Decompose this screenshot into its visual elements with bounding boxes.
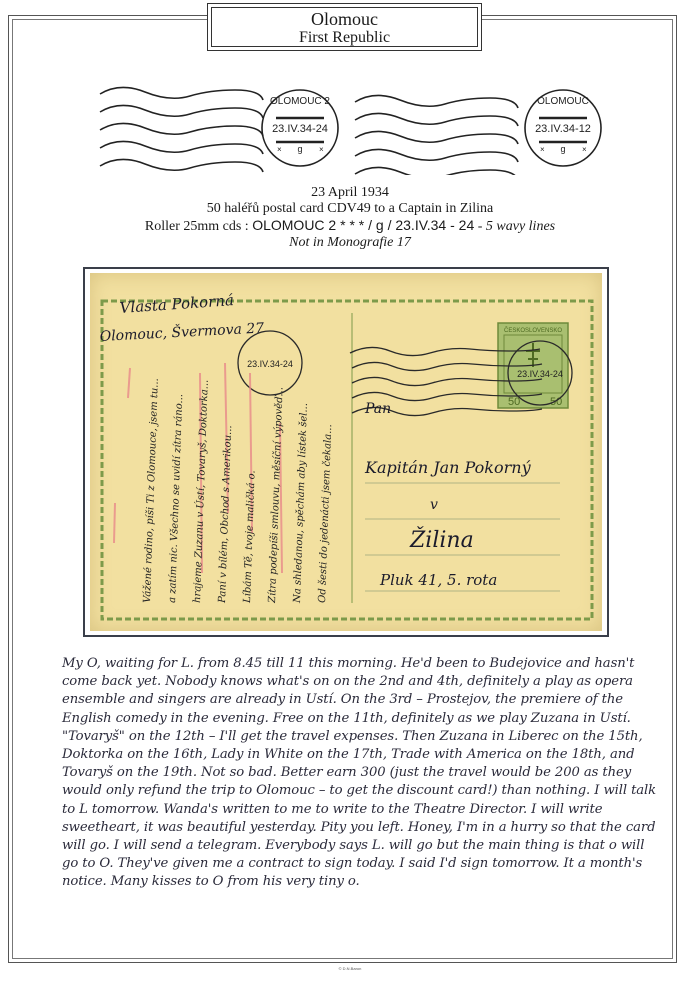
caption-date: 23 April 1934 (0, 185, 700, 201)
svg-text:a zatím nic. Všechno se uvidí: a zatím nic. Všechno se uvidí zítra ráno… (167, 394, 185, 603)
svg-text:OLOMOUC: OLOMOUC (537, 96, 589, 107)
svg-text:Paní v bílém, Obchod s Ameriko: Paní v bílém, Obchod s Amerikou... (217, 425, 234, 604)
roller-cancel: OLOMOUC 2 * * * / g / 23.IV.34 - 24 (252, 217, 474, 233)
svg-text:×: × (277, 145, 282, 154)
svg-text:×: × (582, 145, 587, 154)
svg-text:v: v (430, 497, 438, 513)
copyright: © D.N.Baron (0, 966, 700, 971)
roller-prefix: Roller 25mm cds : (145, 219, 252, 234)
page-title: Olomouc (208, 9, 481, 29)
page-subtitle: First Republic (208, 29, 481, 47)
svg-text:Kapitán Jan Pokorný: Kapitán Jan Pokorný (364, 458, 532, 477)
wavy-lines-left (100, 87, 263, 172)
svg-text:23.IV.34-12: 23.IV.34-12 (535, 123, 591, 135)
title-box: Olomouc First Republic (207, 3, 482, 51)
postal-card: ČESKOSLOVENSKO 50 50 23.IV.34-24 23.IV.3… (90, 273, 602, 631)
svg-text:Olomouc, Švermova 27: Olomouc, Švermova 27 (99, 318, 264, 345)
wavy-lines-right (355, 95, 518, 175)
caption-roller: Roller 25mm cds : OLOMOUC 2 * * * / g / … (0, 217, 700, 235)
card-mount: ČESKOSLOVENSKO 50 50 23.IV.34-24 23.IV.3… (83, 267, 609, 637)
svg-text:OLOMOUC 2: OLOMOUC 2 (270, 96, 330, 107)
svg-text:23.IV.34-24: 23.IV.34-24 (272, 123, 328, 135)
svg-text:23.IV.34-24: 23.IV.34-24 (247, 359, 293, 369)
postal-card-drawing: ČESKOSLOVENSKO 50 50 23.IV.34-24 23.IV.3… (90, 273, 602, 631)
svg-text:ČESKOSLOVENSKO: ČESKOSLOVENSKO (504, 327, 562, 334)
postmark-strip: OLOMOUC 2 23.IV.34-24 g ×× OLOMOUC 23.IV… (95, 80, 635, 175)
caption-note: Not in Monografie 17 (289, 235, 411, 250)
roller-suffix: - 5 wavy lines (474, 219, 555, 234)
svg-text:Žilina: Žilina (409, 526, 474, 553)
svg-text:hrajeme Zuzanu v Ústí, Tovaryš: hrajeme Zuzanu v Ústí, Tovaryš, Doktorka… (191, 379, 211, 603)
svg-text:Na shledanou, spěchám aby líst: Na shledanou, spěchám aby lístek šel... (292, 403, 310, 604)
svg-text:Vlasta Pokorná: Vlasta Pokorná (119, 291, 234, 317)
svg-text:g: g (560, 144, 565, 154)
caption: 23 April 1934 50 haléřů postal card CDV4… (0, 185, 700, 251)
svg-text:Pluk 41, 5. rota: Pluk 41, 5. rota (379, 571, 497, 589)
translation-text: My O, waiting for L. from 8.45 till 11 t… (62, 655, 662, 892)
svg-text:Líbám Tě, tvoje maličká o.: Líbám Tě, tvoje maličká o. (242, 470, 258, 604)
svg-text:Od šesti do jedenácti jsem ček: Od šesti do jedenácti jsem čekala... (317, 424, 334, 603)
svg-text:23.IV.34-24: 23.IV.34-24 (517, 369, 563, 379)
postmark-drawing: OLOMOUC 2 23.IV.34-24 g ×× OLOMOUC 23.IV… (95, 80, 635, 175)
svg-text:g: g (297, 144, 302, 154)
svg-text:×: × (540, 145, 545, 154)
svg-text:×: × (319, 145, 324, 154)
svg-text:Vážené rodino, píši Ti z Olomo: Vážené rodino, píši Ti z Olomouce, jsem … (142, 378, 161, 603)
caption-description: 50 haléřů postal card CDV49 to a Captain… (0, 201, 700, 217)
svg-text:Pan: Pan (364, 401, 391, 417)
svg-text:50: 50 (508, 396, 520, 408)
